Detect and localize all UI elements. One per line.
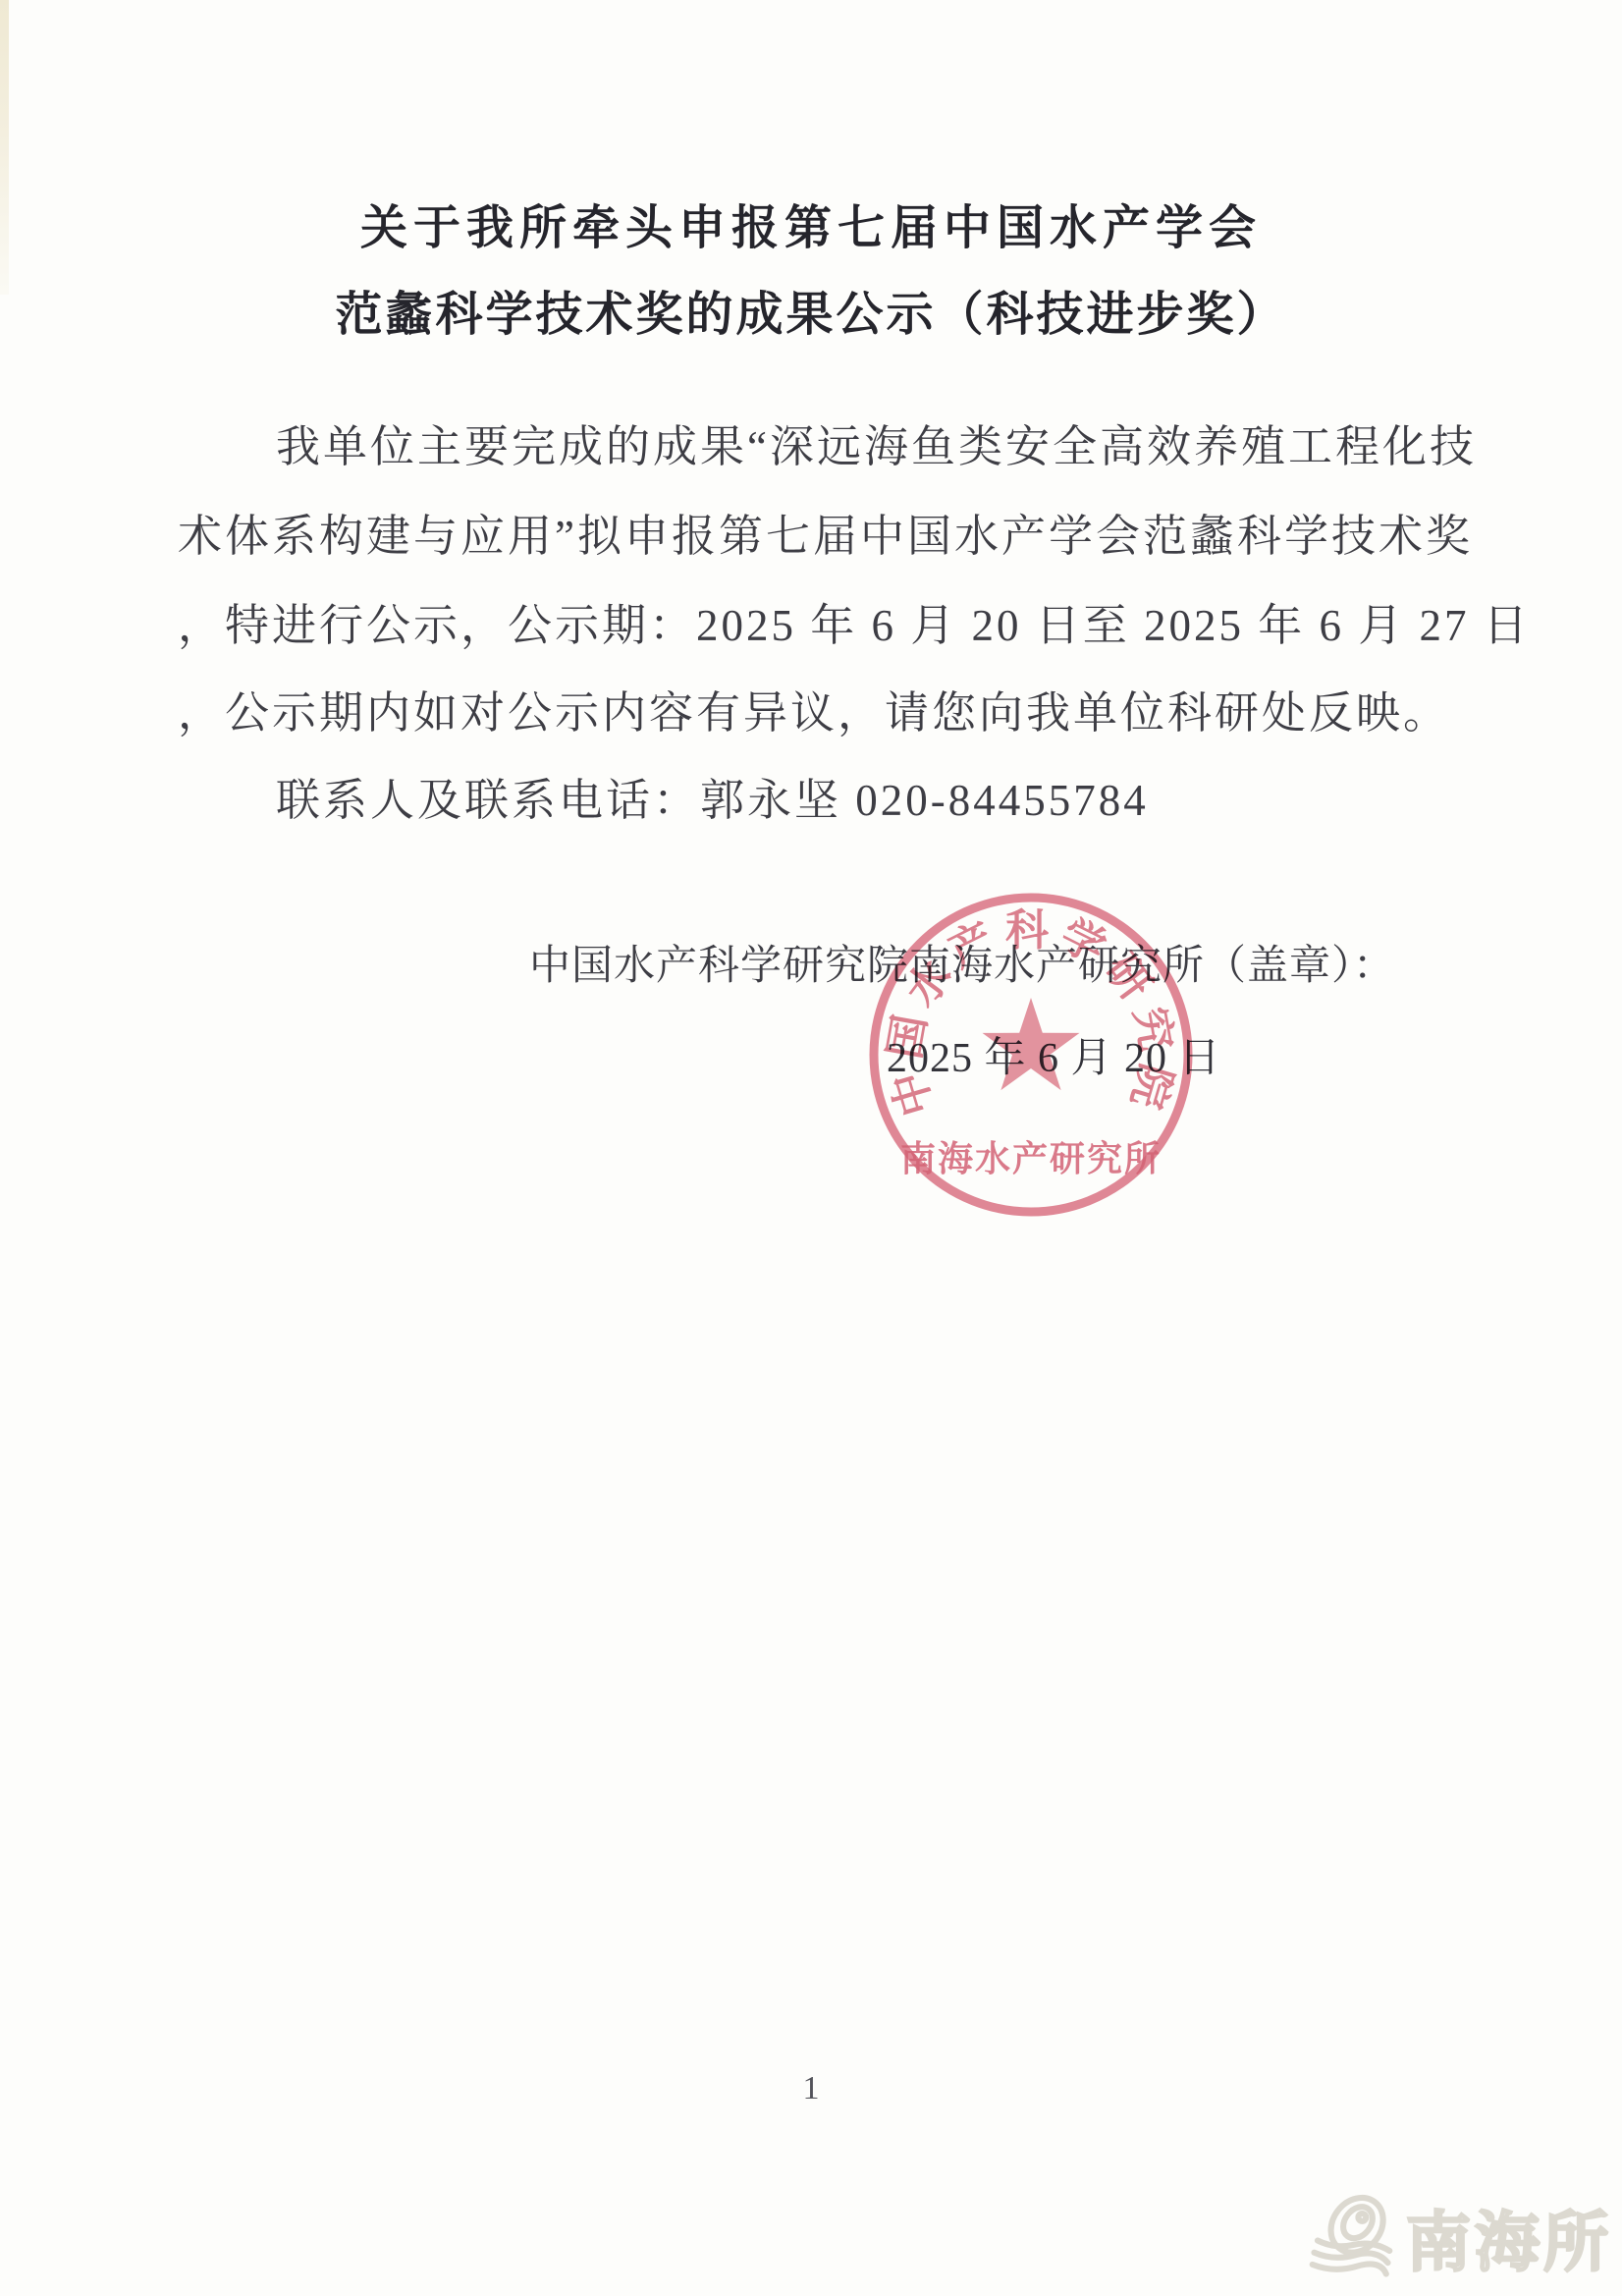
body-line-1: 我单位主要完成的成果“深远海鱼类安全高效养殖工程化技 <box>178 422 1552 471</box>
fish-logo-icon <box>1304 2192 1398 2282</box>
signature-org-line: 中国水产科学研究院南海水产研究所（盖章）： <box>529 933 1395 992</box>
document-title: 关于我所牵头申报第七届中国水产学会 范蠡科学技术奖的成果公示（科技进步奖） <box>0 204 1622 340</box>
title-line-1: 关于我所牵头申报第七届中国水产学会 <box>0 204 1622 253</box>
title-line-2: 范蠡科学技术奖的成果公示（科技进步奖） <box>0 291 1622 340</box>
body-line-4: ，公示期内如对公示内容有异议，请您向我单位科研处反映。 <box>178 688 1454 738</box>
watermark: 南海所 <box>1304 2190 1618 2283</box>
body-line-2: 术体系构建与应用”拟申报第七届中国水产学会范蠡科学技术奖 <box>178 512 1454 561</box>
signature-date-line: 2025 年 6 月 20 日 <box>887 1025 1221 1084</box>
watermark-text: 南海所 <box>1406 2190 1612 2283</box>
scanned-notice-document: 关于我所牵头申报第七届中国水产学会 范蠡科学技术奖的成果公示（科技进步奖） 我单… <box>0 0 1622 2296</box>
body-line-3: ，特进行公示，公示期：2025 年 6 月 20 日至 2025 年 6 月 2… <box>178 601 1454 650</box>
contact-line: 联系人及联系电话：郭永坚 020-84455784 <box>178 776 1552 825</box>
page-number: 1 <box>0 2070 1622 2107</box>
seal-bottom-text: 南海水产研究所 <box>900 1138 1162 1178</box>
